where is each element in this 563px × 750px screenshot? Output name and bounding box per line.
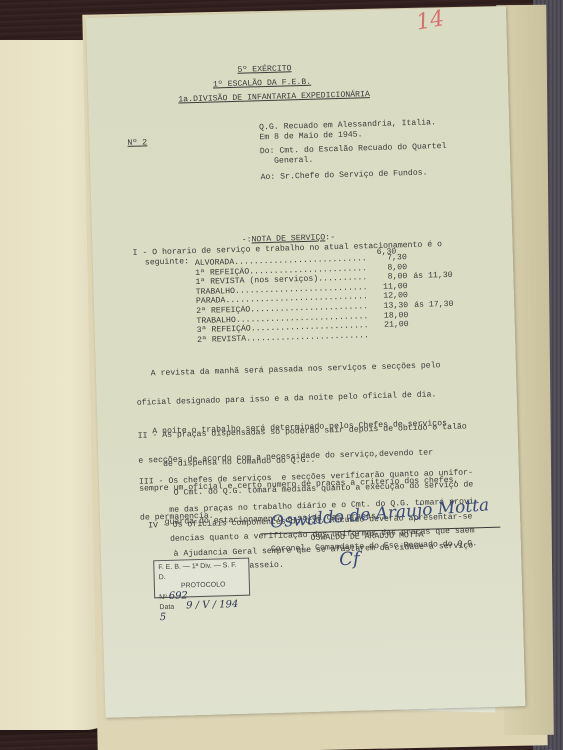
from-line-2: General.: [274, 156, 314, 167]
handwritten-initials: Cf: [339, 555, 360, 565]
document-number: Nº 2: [127, 138, 147, 148]
to-line: Ao: Sr.Chefe do Serviço de Fundos.: [260, 169, 427, 183]
header-line-2: 1º ESCALÃO DA F.E.B.: [213, 78, 312, 90]
header-line-3: 1a.DIVISÃO DE INFANTARIA EXPEDICIONÁRIA: [178, 90, 370, 105]
stamp-date: Data 9 / V / 194 5: [159, 600, 246, 624]
section-1-intro-2: seguinte:: [145, 257, 189, 268]
typed-document-sheet: 14 5º EXÉRCITO 1º ESCALÃO DA F.E.B. 1a.D…: [86, 6, 525, 717]
from-line-1: Do: Cmt. do Escalão Recuado do Quartel: [260, 142, 447, 157]
date-line: Em 8 de Maio de 1945.: [259, 130, 362, 142]
protocol-stamp: F. E. B. — 1ª Div. — S. F. D. PROTOCOLO …: [153, 558, 250, 599]
header-line-1: 5º EXÉRCITO: [237, 64, 291, 75]
page-number-handwritten: 14: [416, 14, 445, 28]
schedule-table: ALVORADA................................…: [195, 252, 455, 345]
stamp-line-1: F. E. B. — 1ª Div. — S. F. D.: [158, 561, 245, 583]
title-text: NOTA DE SERVIÇO: [251, 233, 325, 244]
